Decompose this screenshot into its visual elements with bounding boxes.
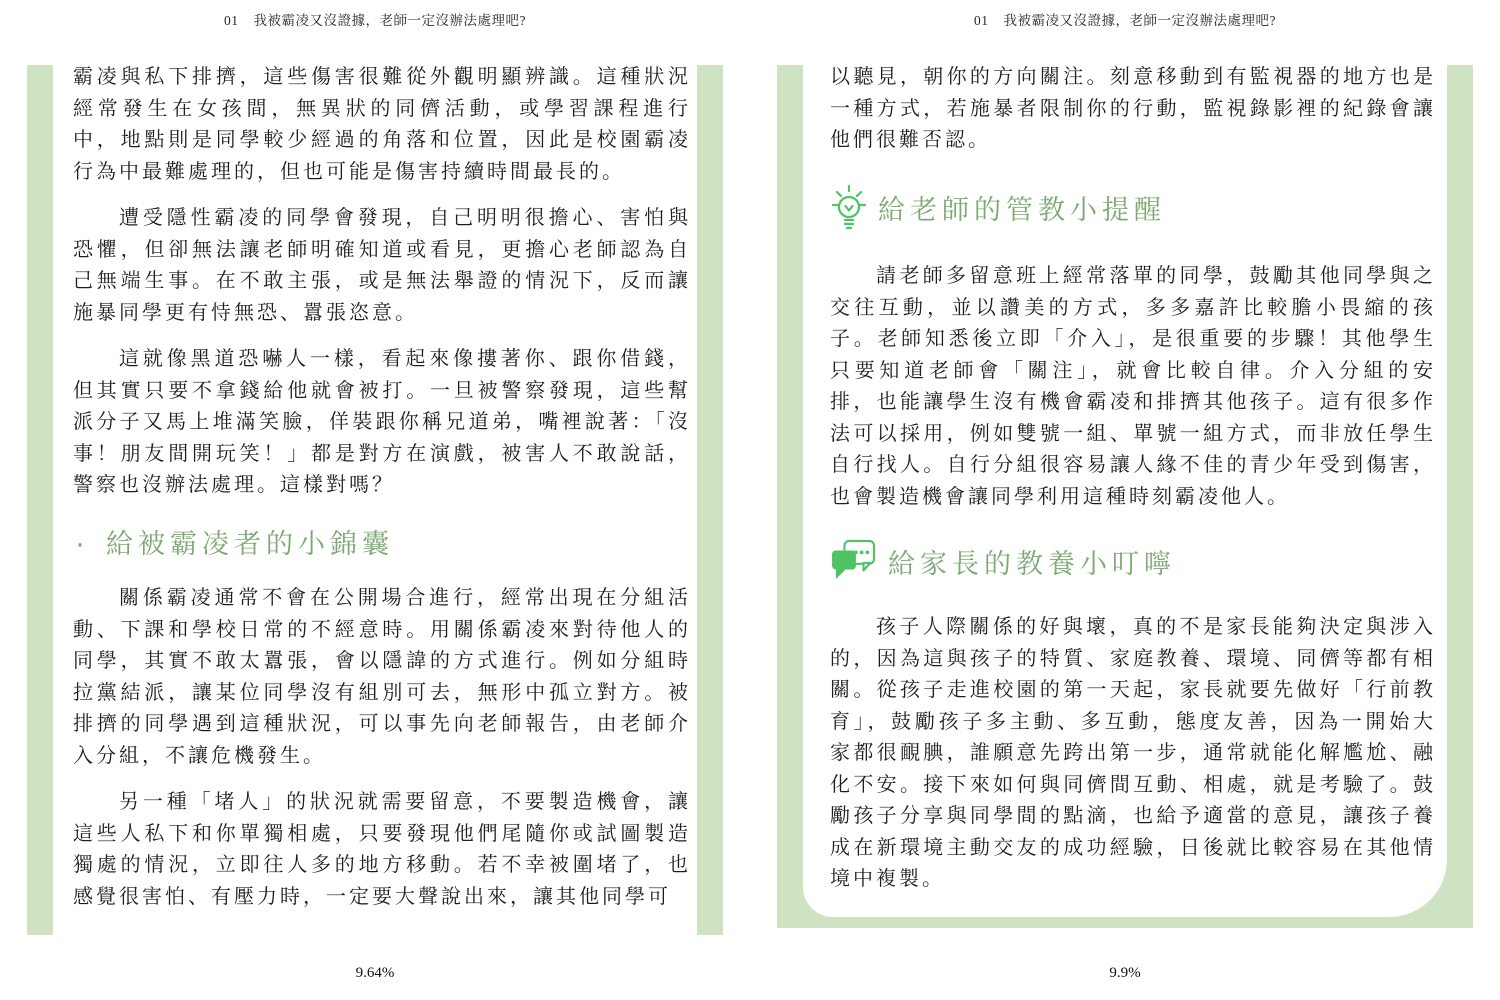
paragraph: 這就像黑道恐嚇人一樣，看起來像摟著你、跟你借錢，但其實只要不拿錢給他就會被打。一… <box>73 344 691 502</box>
chapter-title: 我被霸凌又沒證據，老師一定沒辦法處理吧? <box>1004 13 1277 28</box>
paragraph: 霸凌與私下排擠，這些傷害很難從外觀明顯辨識。這種狀況經常發生在女孩間，無異狀的同… <box>73 62 691 188</box>
page-number-right: 9.9% <box>750 965 1500 982</box>
body-text-column: 以聽見，朝你的方向關注。刻意移動到有監視器的地方也是一種方式，若施暴者限制你的行… <box>830 62 1436 911</box>
chapter-number: 01 <box>224 13 239 28</box>
section-heading-victim-tips: · 給被霸凌者的小錦囊 <box>73 528 691 562</box>
section-heading-teacher-tips: 給老師的管教小提醒 <box>830 183 1436 240</box>
body-text-column: 霸凌與私下排擠，這些傷害很難從外觀明顯辨識。這種狀況經常發生在女孩間，無異狀的同… <box>73 62 691 928</box>
running-header: 01我被霸凌又沒證據，老師一定沒辦法處理吧? <box>0 9 750 29</box>
paragraph: 以聽見，朝你的方向關注。刻意移動到有監視器的地方也是一種方式，若施暴者限制你的行… <box>830 62 1436 157</box>
section-heading-text: 給被霸凌者的小錦囊 <box>106 528 394 562</box>
section-heading-text: 給老師的管教小提醒 <box>878 194 1166 228</box>
bullet-dot-icon: · <box>75 529 90 559</box>
section-heading-text: 給家長的教養小叮嚀 <box>888 548 1176 582</box>
paragraph: 另一種「堵人」的狀況就需要留意，不要製造機會，讓這些人私下和你單獨相處，只要發現… <box>73 787 691 913</box>
paragraph: 遭受隱性霸凌的同學會發現，自己明明很擔心、害怕與恐懼，但卻無法讓老師明確知道或看… <box>73 203 691 329</box>
chapter-number: 01 <box>974 13 989 28</box>
paragraph: 關係霸凌通常不會在公開場合進行，經常出現在分組活動、下課和學校日常的不經意時。用… <box>73 583 691 772</box>
lightbulb-icon <box>830 183 868 240</box>
book-page-left: 01我被霸凌又沒證據，老師一定沒辦法處理吧? 霸凌與私下排擠，這些傷害很難從外觀… <box>0 0 750 1000</box>
chapter-title: 我被霸凌又沒證據，老師一定沒辦法處理吧? <box>254 13 527 28</box>
speech-bubbles-icon <box>830 539 878 590</box>
sidebar-strip-right <box>697 65 723 935</box>
page-number-left: 9.64% <box>0 965 750 982</box>
sidebar-strip-left <box>27 65 53 935</box>
paragraph: 孩子人際關係的好與壞，真的不是家長能夠決定與涉入的，因為這與孩子的特質、家庭教養… <box>830 612 1436 896</box>
section-heading-parent-tips: 給家長的教養小叮嚀 <box>830 539 1436 590</box>
book-page-right: 01我被霸凌又沒證據，老師一定沒辦法處理吧? 以聽見，朝你的方向關注。刻意移動到… <box>750 0 1500 1000</box>
paragraph: 請老師多留意班上經常落單的同學，鼓勵其他同學與之交往互動，並以讚美的方式，多多嘉… <box>830 261 1436 513</box>
running-header: 01我被霸凌又沒證據，老師一定沒辦法處理吧? <box>750 9 1500 29</box>
